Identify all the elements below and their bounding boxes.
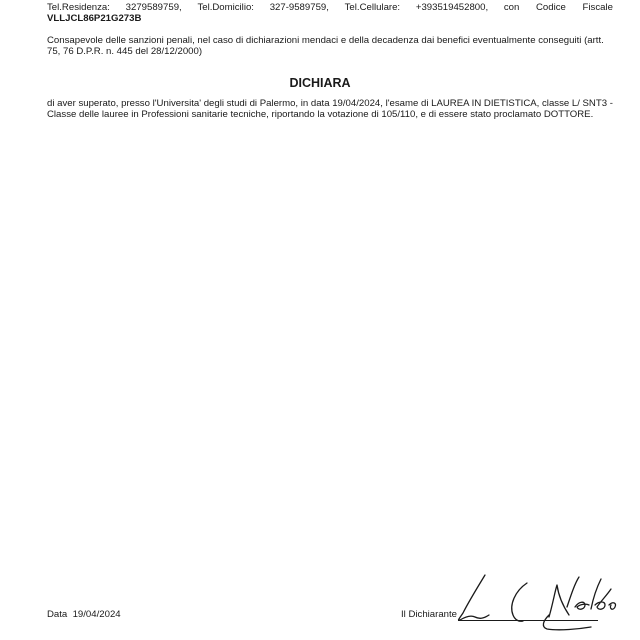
document-page: Tel.Residenza: 3279589759, Tel.Domicilio… xyxy=(0,0,640,640)
date-line: Data 19/04/2024 xyxy=(47,609,121,620)
dichiara-heading: DICHIARA xyxy=(0,76,640,90)
contact-phone-line: Tel.Residenza: 3279589759, Tel.Domicilio… xyxy=(47,2,613,13)
codice-fiscale-value: VLLJCL86P21G273B xyxy=(47,13,141,24)
declaration-paragraph: di aver superato, presso l'Universita' d… xyxy=(47,98,621,120)
tel-domicilio-value: 327-9589759, xyxy=(270,2,329,13)
tel-cellulare-label: Tel.Cellulare: xyxy=(345,2,400,13)
signatory-label: Il Dichiarante xyxy=(401,609,457,620)
codice-fiscale-label: con Codice Fiscale xyxy=(504,2,613,13)
handwritten-signature xyxy=(455,565,625,637)
tel-cellulare-value: +393519452800, xyxy=(416,2,488,13)
tel-residenza-label: Tel.Residenza: xyxy=(47,2,110,13)
consapevole-paragraph: Consapevole delle sanzioni penali, nel c… xyxy=(47,35,617,57)
tel-residenza-value: 3279589759, xyxy=(126,2,182,13)
tel-domicilio-label: Tel.Domicilio: xyxy=(197,2,254,13)
